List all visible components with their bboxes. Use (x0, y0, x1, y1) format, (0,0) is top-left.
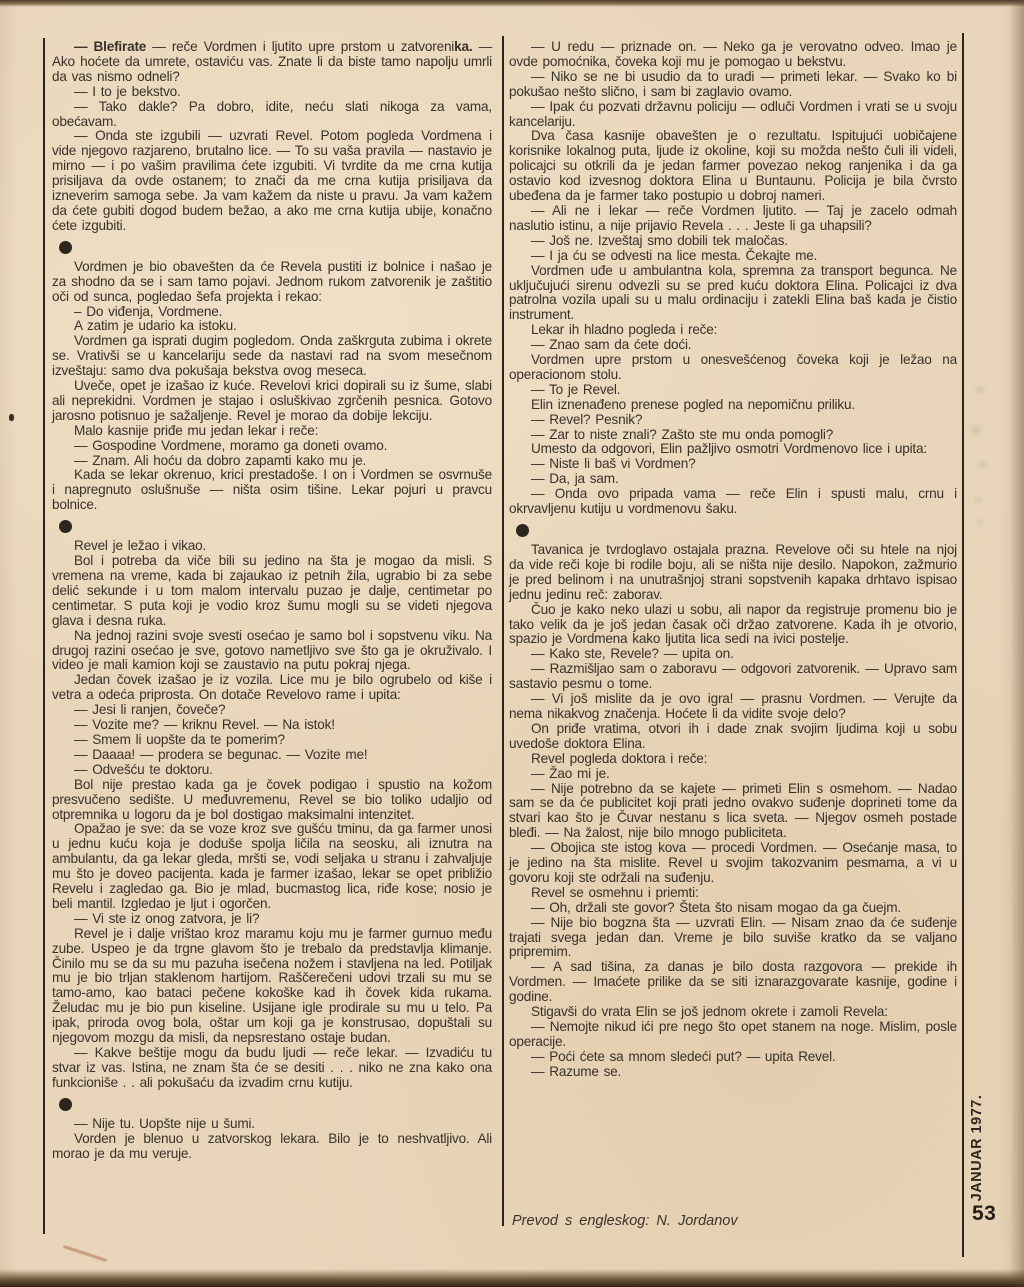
paragraph: Dva časa kasnije obavešten je o rezultat… (509, 129, 957, 204)
paragraph: — I to je bekstvo. (52, 85, 492, 100)
paragraph: — Vi ste iz onog zatvora, je li? (52, 912, 492, 927)
magazine-scan-page: { "footer": { "translation": "Prevod s e… (0, 0, 1024, 1287)
paragraph: — Oh, držali ste govor? Šteta što nisam … (509, 901, 957, 916)
right-column-rule (962, 33, 964, 1257)
paragraph: — Poći ćete sa mnom sledeći put? — upita… (509, 1050, 957, 1065)
paragraph: — Nije tu. Uopšte nije u šumi. (52, 1117, 492, 1132)
paragraph: — Niste li baš vi Vordmen? (509, 457, 957, 472)
column-divider-rule (502, 36, 504, 1226)
paragraph: Vordmen uđe u ambulantna kola, spremna z… (509, 264, 957, 324)
paragraph: Bol nije prestao kada ga je čovek podiga… (52, 778, 492, 823)
paragraph: Opažao je sve: da se voze kroz sve gušću… (52, 822, 492, 911)
scan-edge-bottom (0, 1269, 1024, 1287)
paragraph: Na jednoj razini svoje svesti osećao je … (52, 629, 492, 674)
paragraph: — Daaaa! — prodera se begunac. — Vozite … (52, 748, 492, 763)
paragraph: — Nije bio bogzna šta — uzvrati Elin. — … (509, 916, 957, 961)
paragraph: Revel je i dalje vrištao kroz maramu koj… (52, 927, 492, 1046)
paragraph: — Odvešću te doktoru. (52, 763, 492, 778)
paragraph: — Blefirate — reče Vordmen i ljutito upr… (52, 40, 492, 85)
section-break-bullet-icon (59, 520, 72, 533)
paragraph: — To je Revel. (509, 383, 957, 398)
scan-crease (63, 1245, 108, 1262)
paragraph: Vordmen upre prstom u onesvešćenog čovek… (509, 353, 957, 383)
page-number: 53 (972, 1202, 996, 1226)
paragraph: — Razmišljao sam o zaboravu — odgovori z… (509, 662, 957, 692)
paragraph: A zatim je udario ka istoku. (52, 319, 492, 334)
paragraph: — Ali ne i lekar — reče Vordmen ljutito.… (509, 204, 957, 234)
paragraph: — Znam. Ali hoću da dobro zapamti kako m… (52, 454, 492, 469)
paragraph: Elin iznenađeno prenese pogled na nepomi… (509, 398, 957, 413)
left-column-rule (43, 38, 45, 1234)
paragraph: Kada se lekar okrenuo, krici prestadoše.… (52, 468, 492, 513)
paragraph: — Zar to niste znali? Zašto ste mu onda … (509, 428, 957, 443)
paragraph: Vordmen je bio obavešten da će Revela pu… (52, 260, 492, 305)
paragraph: On priđe vratima, otvori ih i dade znak … (509, 722, 957, 752)
paragraph: — A sad tišina, za danas je bilo dosta r… (509, 960, 957, 1005)
paragraph: — Znao sam da ćete doći. (509, 338, 957, 353)
paragraph: — Obojica ste istog kova — procedi Vordm… (509, 841, 957, 886)
paragraph: — Onda ovo pripada vama — reče Elin i sp… (509, 487, 957, 517)
paragraph: Revel se osmehnu i priemti: (509, 886, 957, 901)
paragraph: — I ja ću se odvesti na lice mesta. Čeka… (509, 249, 957, 264)
paragraph: Jedan čovek izašao je iz vozila. Lice mu… (52, 673, 492, 703)
paragraph: — Revel? Pesnik? (509, 413, 957, 428)
paragraph: — U redu — priznade on. — Neko ga je ver… (509, 40, 957, 70)
scan-edge-right (1010, 0, 1024, 1287)
paragraph: Lekar ih hladno pogleda i reče: (509, 323, 957, 338)
paragraph: — Smem li uopšte da te pomerim? (52, 733, 492, 748)
paragraph: — Nemojte nikud ići pre nego što opet st… (509, 1020, 957, 1050)
paragraph: Revel je ležao i vikao. (52, 539, 492, 554)
column-right: — U redu — priznade on. — Neko ga je ver… (509, 40, 957, 1080)
paragraph: — Kako ste, Revele? — upita on. (509, 647, 957, 662)
paragraph: Tavanica je tvrdoglavo ostajala prazna. … (509, 543, 957, 603)
paragraph: — Da, ja sam. (509, 472, 957, 487)
paragraph: — Još ne. Izveštaj smo dobili tek maloča… (509, 234, 957, 249)
paragraph: — Nije potrebno da se kajete — primeti E… (509, 782, 957, 842)
paragraph: — Vozite me? — kriknu Revel. — Na istok! (52, 718, 492, 733)
scan-speck (9, 414, 14, 421)
paragraph: – Do viđenja, Vordmene. (52, 305, 492, 320)
translator-credit: Prevod s engleskog: N. Jordanov (512, 1213, 942, 1229)
paragraph: — Ipak ću pozvati državnu policiju — odl… (509, 100, 957, 130)
paragraph: — Jesi li ranjen, čoveče? (52, 703, 492, 718)
paragraph: Čuo je kako neko ulazi u sobu, ali napor… (509, 603, 957, 648)
paragraph: — Gospodine Vordmene, moramo ga doneti o… (52, 439, 492, 454)
ink-bleed-through (968, 370, 994, 530)
paragraph: — Kakve beštije mogu da budu ljudi — reč… (52, 1046, 492, 1091)
column-left: — Blefirate — reče Vordmen i ljutito upr… (52, 40, 492, 1161)
section-break-bullet-icon (516, 524, 529, 537)
paragraph: Vordmen ga isprati dugim pogledom. Onda … (52, 334, 492, 379)
paragraph: — Tako dakle? Pa dobro, idite, neću slat… (52, 100, 492, 130)
paragraph: Malo kasnije priđe mu jedan lekar i reče… (52, 424, 492, 439)
paragraph: — Razume se. (509, 1065, 957, 1080)
paragraph: — Niko se ne bi usudio da to uradi — pri… (509, 70, 957, 100)
section-break-bullet-icon (59, 1098, 72, 1111)
paragraph: Bol i potreba da viče bili su jedino na … (52, 554, 492, 629)
paragraph: Vorden je blenuo u zatvorskog lekara. Bi… (52, 1132, 492, 1162)
paragraph: — Vi još mislite da je ovo igra! — prasn… (509, 692, 957, 722)
paragraph: Uveče, opet je izašao iz kuće. Revelovi … (52, 379, 492, 424)
paragraph: Revel pogleda doktora i reče: (509, 752, 957, 767)
paragraph: Stigavši do vrata Elin se još jednom okr… (509, 1005, 957, 1020)
section-break-bullet-icon (59, 241, 72, 254)
paragraph: — Žao mi je. (509, 767, 957, 782)
scan-edge-top (0, 0, 1024, 7)
paragraph: Umesto da odgovori, Elin pažljivo osmotr… (509, 442, 957, 457)
paragraph: — Onda ste izgubili — uzvrati Revel. Pot… (52, 129, 492, 233)
